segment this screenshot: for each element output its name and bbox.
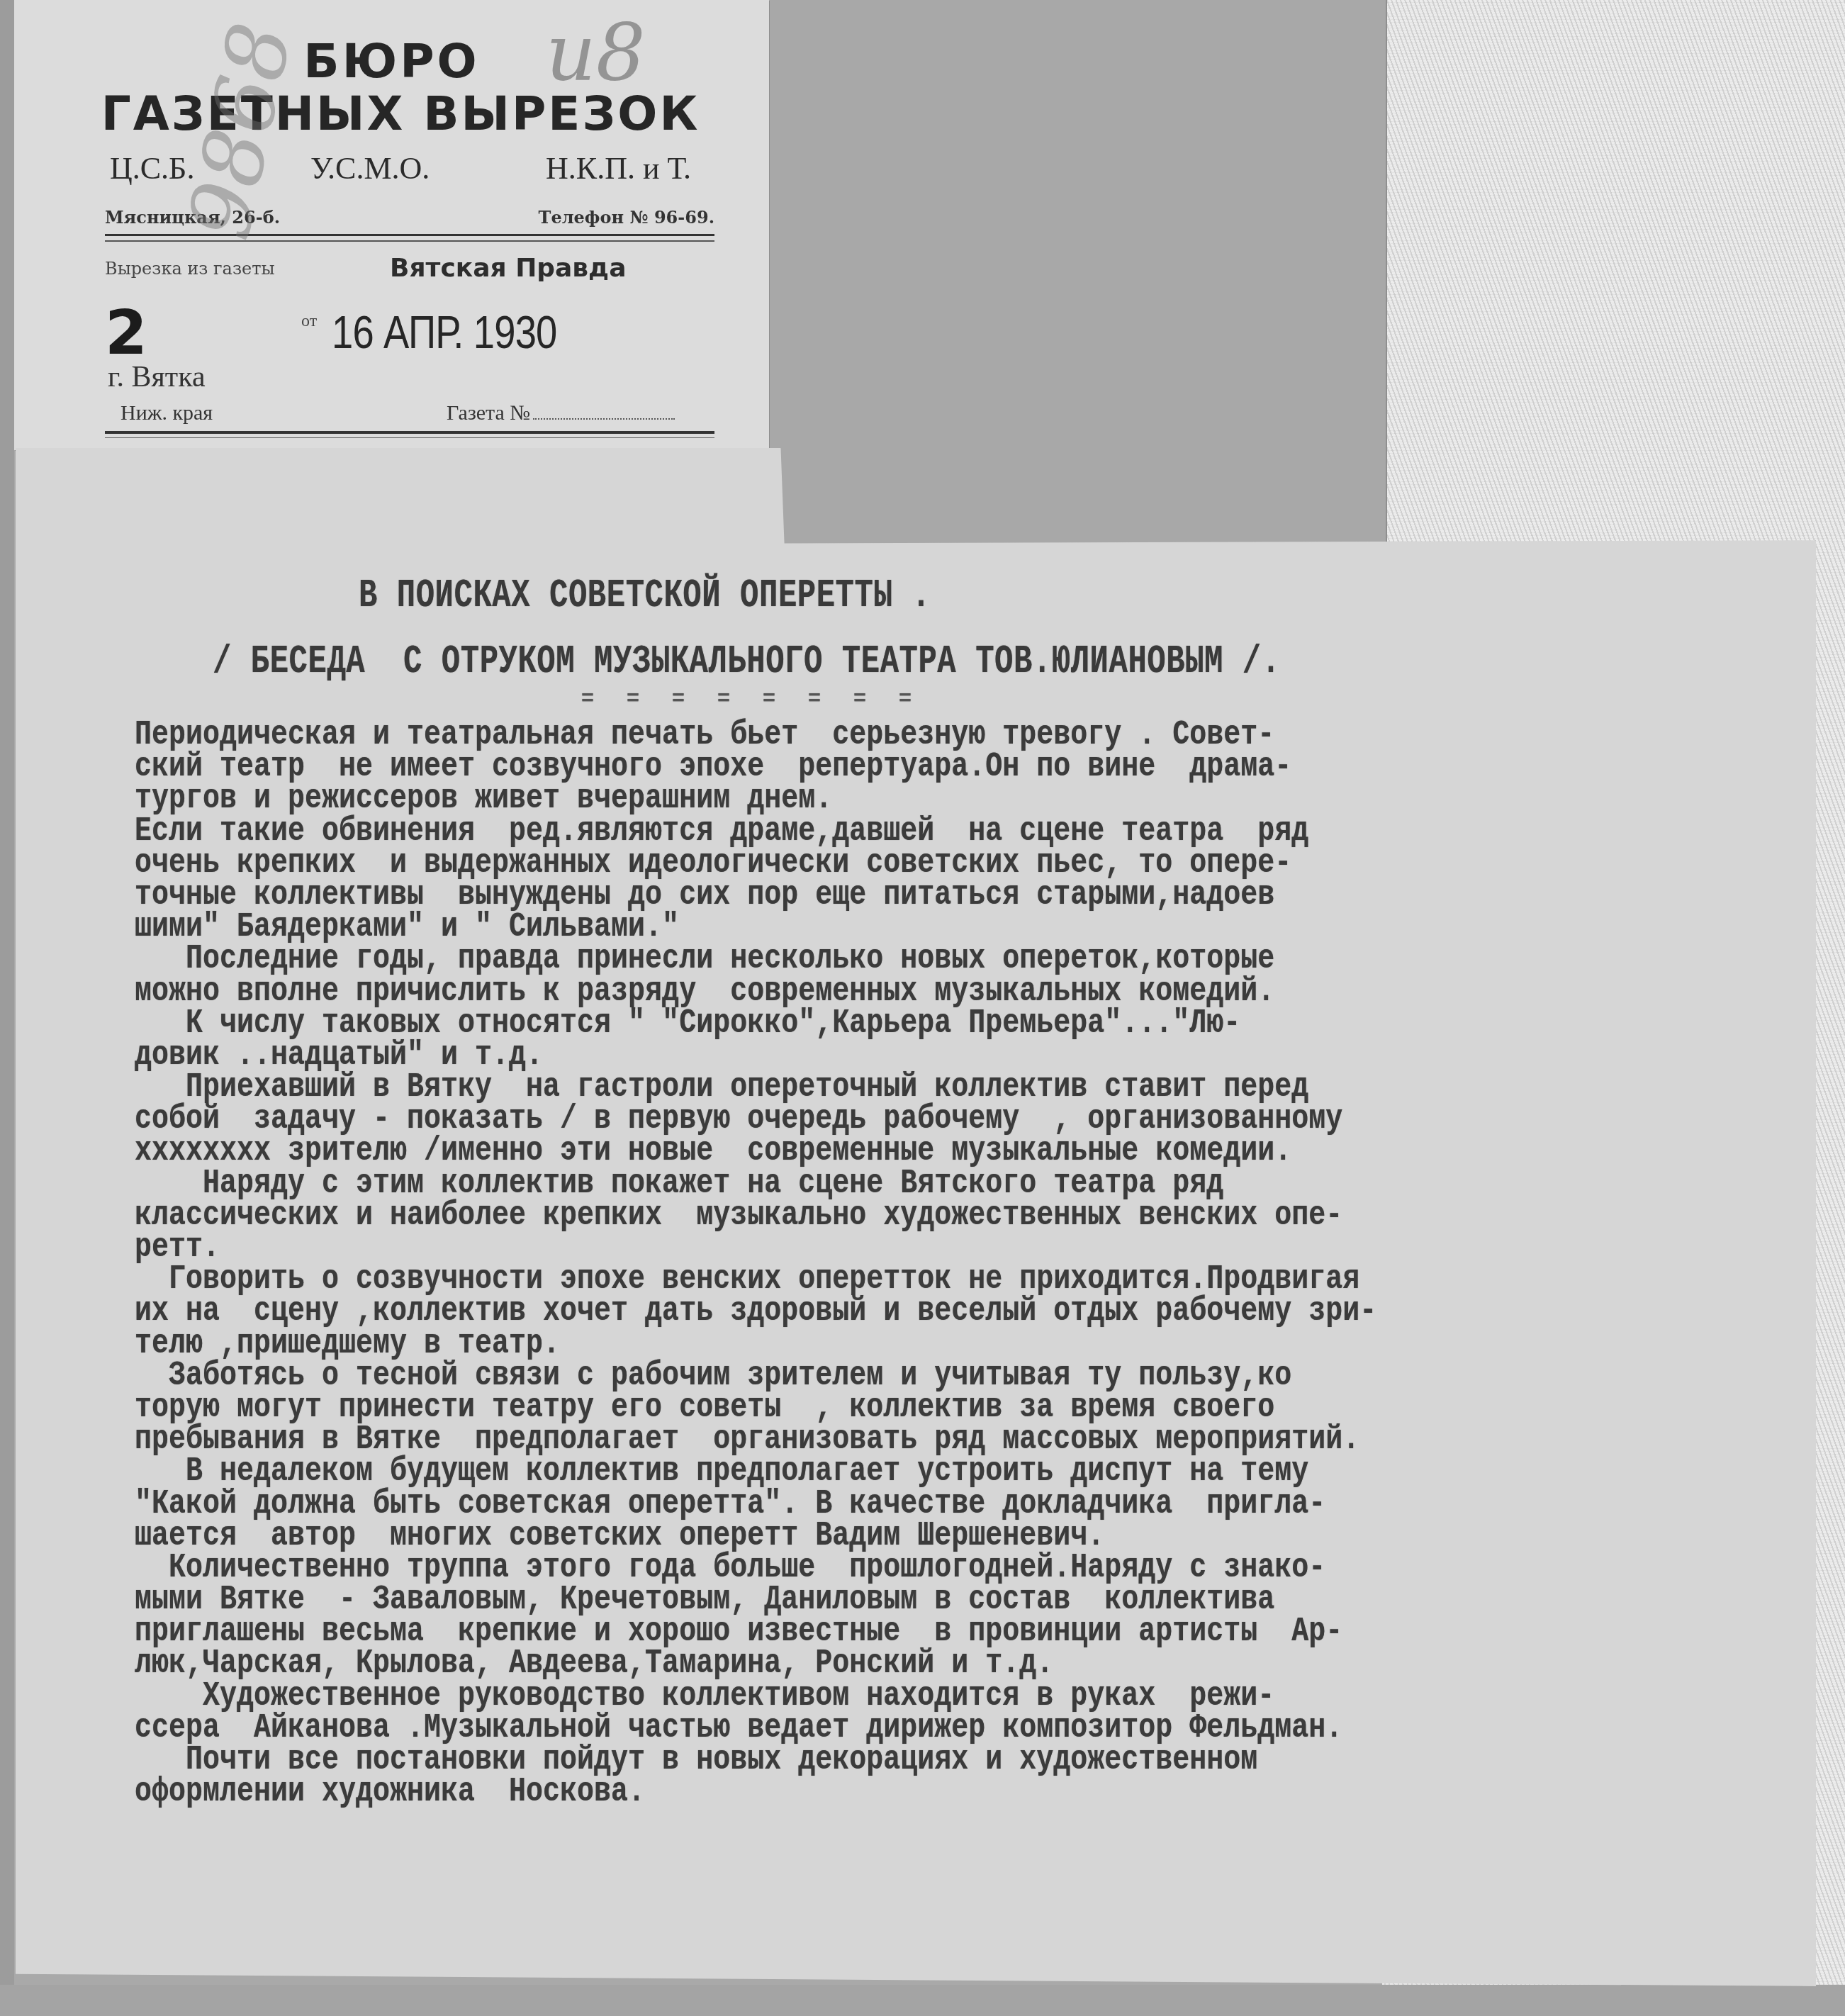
date-prefix: от xyxy=(301,312,317,331)
region: Ниж. края xyxy=(120,401,213,425)
bureau-title-line1: БЮРО xyxy=(14,34,769,89)
article-body: Периодическая и театральная печать бьет … xyxy=(135,719,1779,1808)
gazeta-number-label: Газета № xyxy=(447,401,530,425)
divider-rule xyxy=(105,234,714,242)
scan-border-left xyxy=(0,0,14,2016)
handwritten-mark-top: и8 xyxy=(546,7,646,98)
cardboard-strip xyxy=(769,0,1387,546)
article-line: оформлении художника Носкова. xyxy=(135,1774,1779,1811)
article-title: В ПОИСКАХ СОВЕТСКОЙ ОПЕРЕТТЫ . xyxy=(359,574,931,619)
blank-dotted-line xyxy=(533,418,675,420)
org-abbreviation: Н.К.П. и Т. xyxy=(546,150,691,186)
scan-border-bottom xyxy=(0,1985,1845,2016)
page-number-stamp: 2 xyxy=(105,298,147,369)
newspaper-name: Вятская Правда xyxy=(390,254,626,283)
org-abbreviation: У.С.М.О. xyxy=(310,150,430,186)
city: г. Вятка xyxy=(108,360,206,394)
phone: Телефон № 96-69. xyxy=(539,207,714,228)
divider-rule xyxy=(105,431,714,438)
gazeta-number-field: Газета № xyxy=(447,401,716,425)
date-stamp: 16 АПР. 1930 xyxy=(332,306,556,359)
title-divider: = = = = = = = = xyxy=(581,688,921,712)
clipping-from-label: Вырезка из газеты xyxy=(105,259,275,279)
clipping-bureau-label: БЮРО ГАЗЕТНЫХ ВЫРЕЗОК Ц.С.Б. У.С.М.О. Н.… xyxy=(14,0,769,450)
article-subtitle: / БЕСЕДА С ОТРУКОМ МУЗЫКАЛЬНОГО ТЕАТРА Т… xyxy=(213,640,1281,685)
